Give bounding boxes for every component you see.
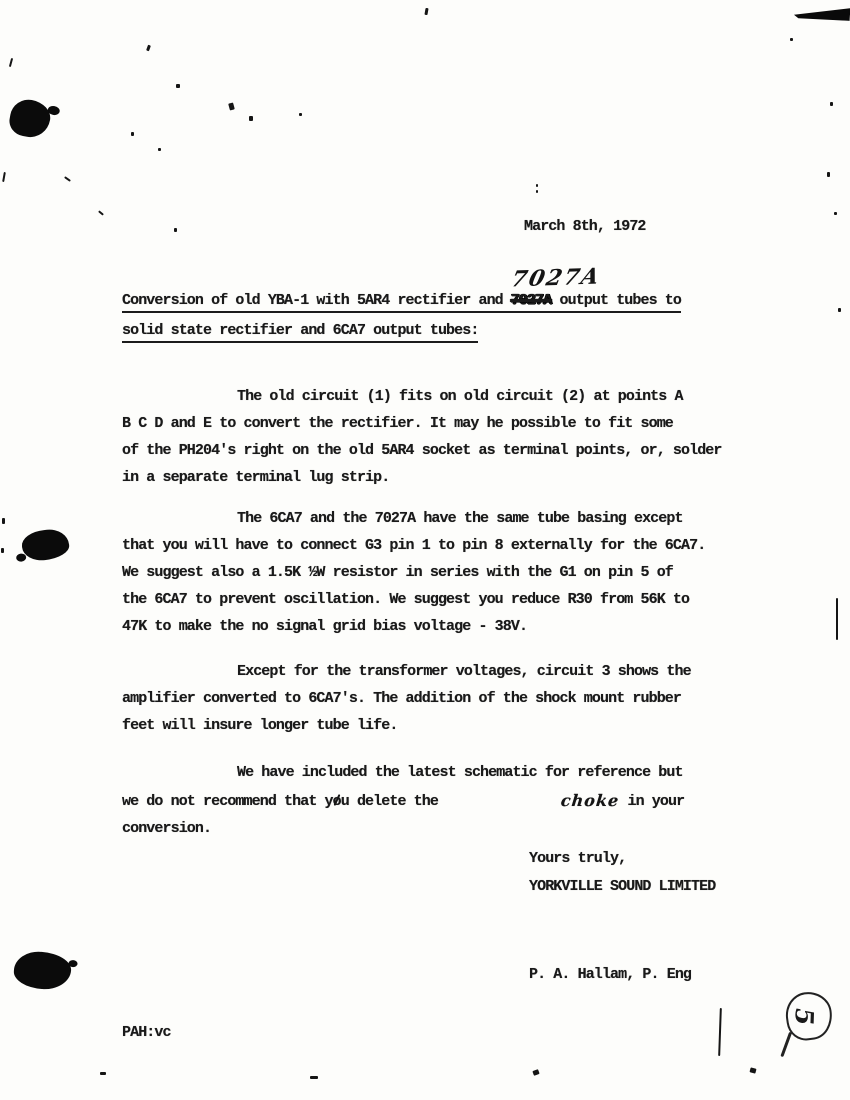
closing-signature-block: Yours truly, YORKVILLE SOUND LIMITED [529, 845, 715, 900]
scan-speck [1, 548, 4, 553]
letter-date: March 8th, 1972 [524, 218, 646, 235]
paragraph-tube-basing: The 6CA7 and the 7027A have the same tub… [122, 505, 770, 640]
scan-speck [98, 210, 104, 215]
letter-title-line1: Conversion of old YBA-1 with 5AR4 rectif… [122, 292, 681, 313]
signer-name: P. A. Hallam, P. Eng [529, 966, 691, 983]
ink-blob [7, 97, 53, 140]
scan-edge-artifact [794, 6, 850, 22]
struck-out-tube-number: 7027A [511, 292, 552, 309]
page-number: 5 [790, 1005, 819, 1027]
scan-speck [830, 102, 833, 106]
scan-speck [64, 176, 71, 182]
scanned-letter-page: March 8th, 1972 7027A Conversion of old … [0, 0, 850, 1100]
title-text-pre: Conversion of old YBA-1 with 5AR4 rectif… [122, 292, 511, 309]
scan-speck [424, 8, 428, 15]
scan-speck [790, 38, 793, 41]
paragraph-rectifier-conversion: The old circuit (1) fits on old circuit … [122, 383, 770, 491]
scan-speck [158, 148, 161, 151]
ink-blob [13, 950, 72, 991]
scan-speck [834, 212, 837, 215]
paragraph-schematic-choke: We have included the latest schematic fo… [122, 759, 770, 842]
scan-speck [299, 113, 302, 116]
scan-speck [827, 172, 830, 177]
scan-speck [249, 116, 253, 121]
letter-title-line2: solid state rectifier and 6CA7 output tu… [122, 322, 478, 343]
scan-speck [2, 172, 6, 182]
handwritten-circled-page-number: 5 [783, 989, 835, 1043]
scan-speck [2, 518, 5, 524]
paragraph-circuit-3: Except for the transformer voltages, cir… [122, 658, 770, 739]
scan-speck [310, 1076, 318, 1079]
scan-speck [532, 1069, 539, 1076]
scan-speck [174, 228, 177, 232]
scan-speck [146, 45, 151, 52]
scan-speck [536, 184, 538, 187]
scan-speck [536, 190, 538, 193]
scan-speck [836, 598, 838, 640]
handwritten-correction-7027a: 7027A [509, 263, 604, 292]
scan-speck [131, 132, 134, 136]
title-text-post: output tubes to [551, 292, 681, 309]
typist-initials: PAH:vc [122, 1024, 171, 1041]
scan-speck [838, 308, 841, 312]
scan-speck [176, 84, 180, 88]
scan-speck [9, 58, 13, 67]
ink-blob [21, 528, 71, 563]
scan-speck [749, 1067, 756, 1073]
scan-speck [100, 1072, 106, 1075]
scan-speck [228, 102, 235, 110]
handwritten-word-choke: choke [445, 787, 621, 814]
scan-speck [718, 1008, 722, 1056]
